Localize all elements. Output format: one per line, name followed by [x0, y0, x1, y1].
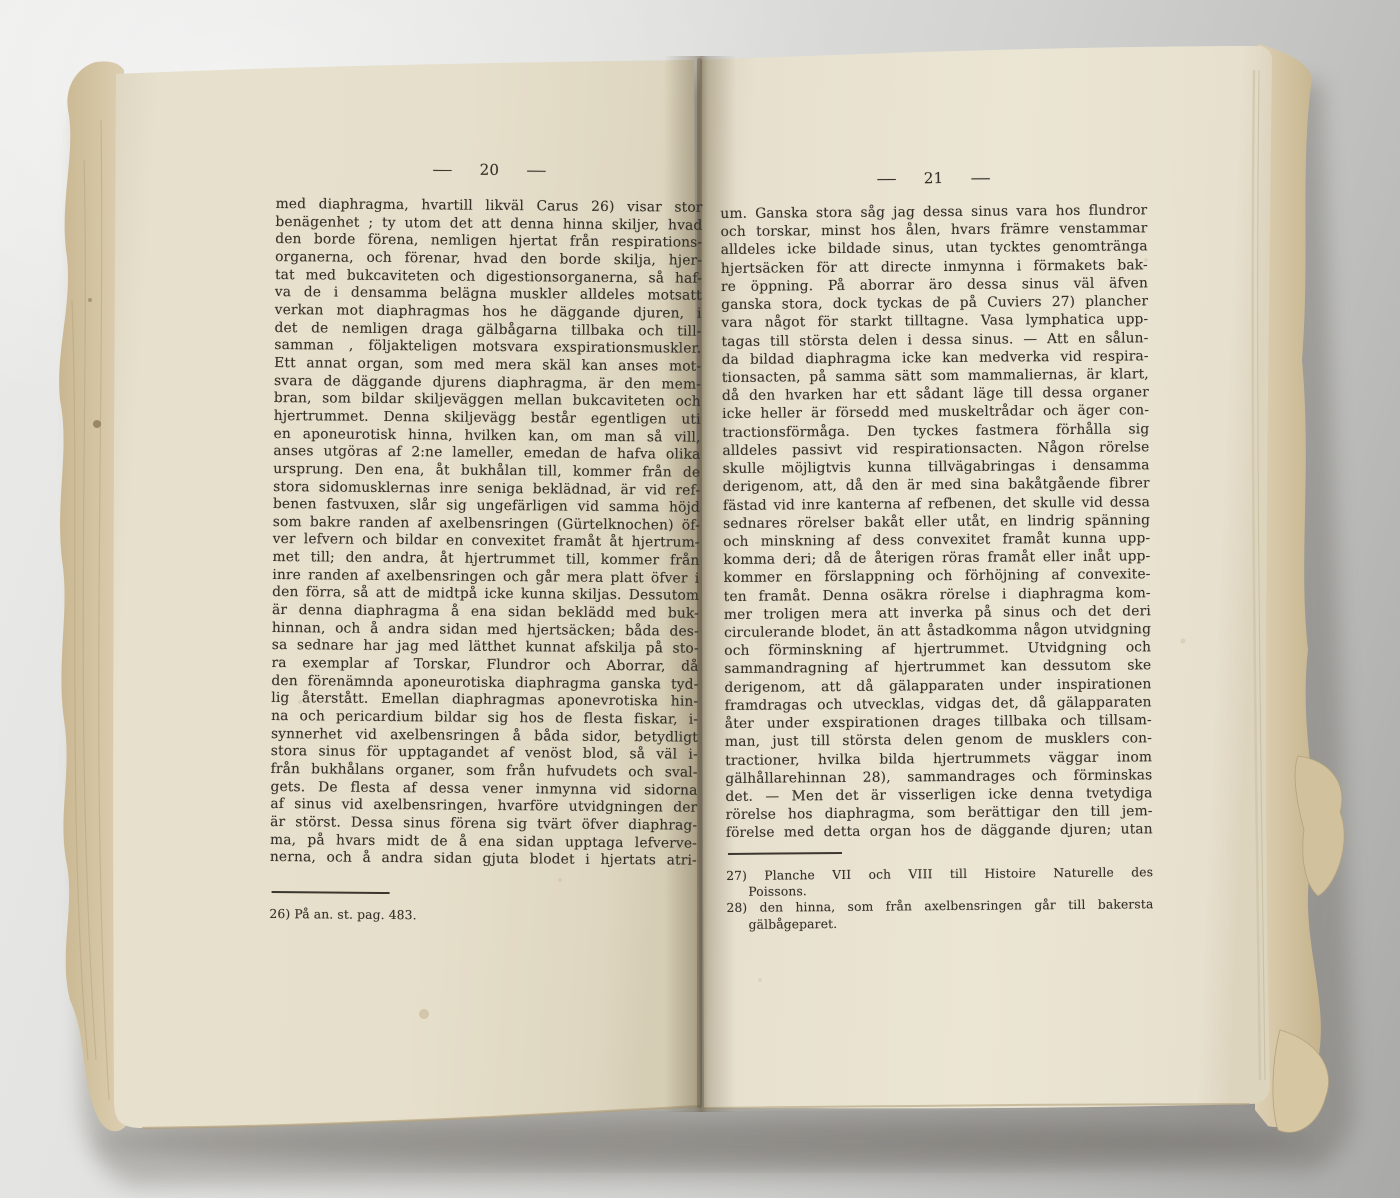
page-number: 20: [480, 161, 500, 179]
right-page: — 21 — um. Ganska stora såg jag dessa si…: [720, 166, 1154, 933]
left-page-body-text: med diaphragma, hvartill likväl Carus 26…: [270, 196, 703, 871]
text-line: nerna, och å andra sidan gjuta blodet i …: [270, 849, 697, 870]
text-line: förelse med detta organ hos de däggande …: [726, 821, 1153, 843]
header-dash: —: [432, 160, 453, 178]
left-page-number: — 20 —: [276, 158, 703, 182]
contact-shadow: [95, 1120, 1315, 1164]
right-page-footnotes: 27) Planche VII och VIII till Histoire N…: [726, 864, 1154, 933]
right-footnote-rule: [728, 852, 842, 855]
header-dash: —: [526, 161, 547, 179]
header-dash: —: [971, 169, 992, 187]
right-page-body-text: um. Ganska stora såg jag dessa sinus var…: [720, 201, 1153, 842]
left-page: — 20 — med diaphragma, hvartill likväl C…: [269, 158, 703, 926]
photo-scene: — 20 — med diaphragma, hvartill likväl C…: [0, 0, 1400, 1198]
left-footnote-rule: [272, 891, 390, 894]
right-page-number: — 21 —: [720, 166, 1147, 190]
page-number: 21: [924, 169, 944, 187]
header-dash: —: [876, 169, 897, 187]
